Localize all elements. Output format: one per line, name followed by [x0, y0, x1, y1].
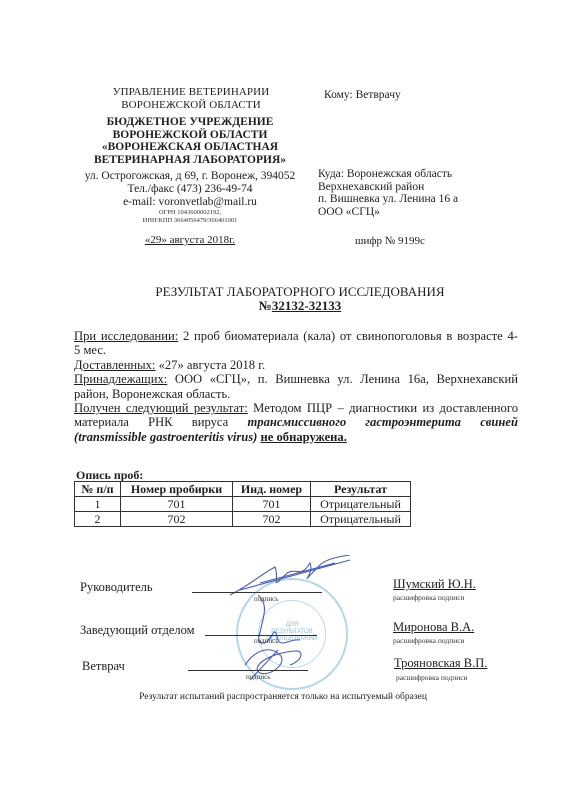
cell-tube-number: 701	[121, 497, 233, 512]
cell-ind-number: 701	[233, 497, 311, 512]
virus-name-ru: трансмиссивного гастроэнтерита свиней	[248, 415, 519, 429]
virus-name-en: (transmissible gastroenteritis virus)	[74, 430, 257, 444]
role-director: Руководитель	[80, 580, 153, 595]
agency-line-1: УПРАВЛЕНИЕ ВЕТЕРИНАРИИ	[86, 86, 296, 99]
org-phone: Тел./факс (473) 236-49-74	[64, 183, 316, 196]
research-text-cont: 5 мес.	[74, 343, 518, 357]
col-ind-number: Инд. номер	[233, 482, 311, 497]
document-date-text: «29» августа 2018г.	[145, 234, 235, 246]
signature-line-vet	[188, 670, 308, 671]
result-text-cont: материала РНК вируса	[74, 415, 248, 429]
result-verdict-line: (transmissible gastroenteritis virus) не…	[74, 430, 518, 444]
inventory-table: № п/п Номер пробирки Инд. номер Результа…	[74, 481, 411, 527]
org-inn: ИНН/КПП 3664056479/366401001	[64, 217, 316, 225]
organization-contacts: ул. Острогожская, д 69, г. Воронеж, 3940…	[64, 170, 316, 225]
table-header-row: № п/п Номер пробирки Инд. номер Результа…	[75, 482, 411, 497]
cell-tube-number: 702	[121, 512, 233, 527]
dest-line-2: Верхнехавский район	[318, 181, 458, 194]
org-ogrn: ОГРН 1043600002192,	[64, 209, 316, 217]
cell-result: Отрицательный	[311, 512, 411, 527]
report-body: При исследовании: 2 проб биоматериала (к…	[74, 329, 518, 444]
report-number-value: 32132-32133	[272, 298, 341, 313]
title-line: РЕЗУЛЬТАТ ЛАБОРАТОРНОГО ИССЛЕДОВАНИЯ	[80, 285, 520, 299]
delivered-text: «27» августа 2018 г.	[155, 358, 265, 372]
research-paragraph: При исследовании: 2 проб биоматериала (к…	[74, 329, 518, 343]
owner-label: Принадлежащих:	[74, 372, 167, 386]
result-dot: .	[344, 430, 347, 444]
delivered-label: Доставленных:	[74, 358, 155, 372]
signature-caption: подпись	[246, 673, 270, 681]
footer-disclaimer: Результат испытаний распространяется тол…	[60, 692, 506, 702]
name-caption: расшифровка подписи	[393, 636, 465, 645]
owner-paragraph: Принадлежащих: ООО «СГЦ», п. Вишневка ул…	[74, 372, 518, 386]
agency-line-2: ВОРОНЕЖСКОЙ ОБЛАСТИ	[86, 99, 296, 112]
result-text: Методом ПЦР – диагностики из доставленно…	[248, 401, 518, 415]
recipient-destination: Куда: Воронежская область Верхнехавский …	[318, 168, 458, 218]
signature-line-head	[205, 635, 317, 636]
dest-line-3: п. Вишневка ул. Ленина 16 а	[318, 193, 458, 206]
report-number: №32132-32133	[80, 299, 520, 313]
name-director: Шумский Ю.Н.	[393, 577, 476, 592]
org-address: ул. Острогожская, д 69, г. Воронеж, 3940…	[64, 170, 316, 183]
research-text: 2 проб биоматериала (кала) от свинопогол…	[178, 329, 518, 343]
col-result: Результат	[311, 482, 411, 497]
org-line-1: БЮДЖЕТНОЕ УЧРЕЖДЕНИЕ	[64, 116, 316, 129]
org-line-2: ВОРОНЕЖСКОЙ ОБЛАСТИ	[64, 129, 316, 142]
cipher-code: шифр № 9199с	[355, 235, 425, 247]
org-line-3: «ВОРОНЕЖСКАЯ ОБЛАСТНАЯ	[64, 141, 316, 154]
name-caption: расшифровка подписи	[393, 593, 465, 602]
research-label: При исследовании:	[74, 329, 178, 343]
col-index: № п/п	[75, 482, 121, 497]
result-verdict: не обнаружена	[261, 430, 344, 444]
table-row: 1 701 701 Отрицательный	[75, 497, 411, 512]
document-date: «29» августа 2018г.	[64, 234, 316, 246]
name-caption: расшифровка подписи	[396, 673, 468, 682]
organization-name: БЮДЖЕТНОЕ УЧРЕЖДЕНИЕ ВОРОНЕЖСКОЙ ОБЛАСТИ…	[64, 116, 316, 166]
table-row: 2 702 702 Отрицательный	[75, 512, 411, 527]
cell-ind-number: 702	[233, 512, 311, 527]
owner-text: ООО «СГЦ», п. Вишневка ул. Ленина 16а, В…	[167, 372, 518, 386]
report-number-prefix: №	[259, 298, 272, 313]
cell-index: 2	[75, 512, 121, 527]
cell-index: 1	[75, 497, 121, 512]
result-label: Получен следующий результат:	[74, 401, 248, 415]
col-tube-number: Номер пробирки	[121, 482, 233, 497]
recipient-to: Кому: Ветврачу	[324, 89, 401, 101]
signature-line-director	[192, 592, 322, 593]
name-head: Миронова В.А.	[393, 620, 474, 635]
agency-name: УПРАВЛЕНИЕ ВЕТЕРИНАРИИ ВОРОНЕЖСКОЙ ОБЛАС…	[86, 86, 296, 112]
name-vet: Трояновская В.П.	[394, 656, 487, 671]
page-title: РЕЗУЛЬТАТ ЛАБОРАТОРНОГО ИССЛЕДОВАНИЯ №32…	[80, 285, 520, 313]
owner-text-cont: район, Воронежская область.	[74, 387, 518, 401]
role-veterinarian: Ветврач	[82, 659, 125, 674]
result-paragraph: Получен следующий результат: Методом ПЦР…	[74, 401, 518, 415]
role-head-of-department: Заведующий отделом	[80, 623, 195, 638]
dest-line-1: Куда: Воронежская область	[318, 168, 458, 181]
delivered-paragraph: Доставленных: «27» августа 2018 г.	[74, 358, 518, 372]
dest-line-4: ООО «СГЦ»	[318, 206, 458, 219]
handwritten-signatures	[200, 555, 390, 695]
org-email: e-mail: voronvetlab@mail.ru	[64, 196, 316, 209]
signature-caption: подпись	[254, 595, 278, 603]
result-virus-line: материала РНК вируса трансмиссивного гас…	[74, 415, 518, 429]
signature-caption: подпись	[254, 637, 278, 645]
cell-result: Отрицательный	[311, 497, 411, 512]
org-line-4: ВЕТЕРИНАРНАЯ ЛАБОРАТОРИЯ»	[64, 154, 316, 167]
